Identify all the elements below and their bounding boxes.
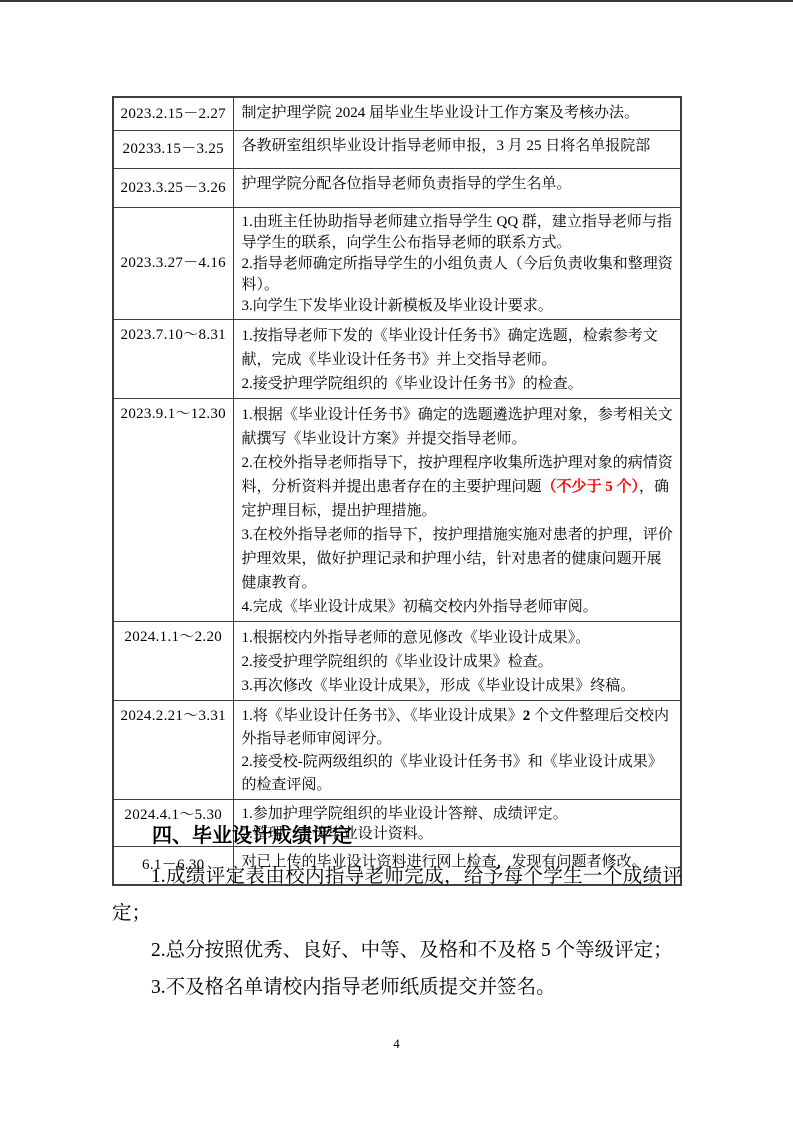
task-text: 1.按指导老师下发的《毕业设计任务书》确定选题，检索参考文献，完成《毕业设计任务… [242, 328, 658, 368]
task-text: 3.再次修改《毕业设计成果》，形成《毕业设计成果》终稿。 [242, 678, 636, 694]
task-text: 护理学院分配各位指导老师负责指导的学生名单。 [242, 176, 572, 192]
task-paragraph: 1.按指导老师下发的《毕业设计任务书》确定选题，检索参考文献，完成《毕业设计任务… [242, 324, 675, 372]
task-text: 2.接受护理学院组织的《毕业设计成果》检查。 [242, 654, 553, 670]
task-paragraph: 4.完成《毕业设计成果》初稿交校内外指导老师审阅。 [242, 595, 675, 619]
section-paragraph: 3.不及格名单请校内指导老师纸质提交并签名。 [112, 969, 682, 1006]
schedule-date-cell: 20233.15－3.25 [113, 130, 233, 168]
table-row: 20233.15－3.25各教研室组织毕业设计指导老师申报，3 月 25 日将名… [113, 130, 681, 168]
task-paragraph: 1.根据校内外指导老师的意见修改《毕业设计成果》。 [242, 626, 675, 650]
schedule-task-cell: 1.根据《毕业设计任务书》确定的选题遴选护理对象，参考相关文献撰写《毕业设计方案… [233, 398, 681, 621]
table-row: 2024.1.1～2.201.根据校内外指导老师的意见修改《毕业设计成果》。2.… [113, 621, 681, 700]
schedule-task-cell: 护理学院分配各位指导老师负责指导的学生名单。 [233, 168, 681, 207]
schedule-task-cell: 1.由班主任协助指导老师建立指导学生 QQ 群，建立指导老师与指导学生的联系，向… [233, 207, 681, 319]
task-paragraph: 2.接受护理学院组织的《毕业设计成果》检查。 [242, 650, 675, 674]
task-paragraph: 2.指导老师确定所指导学生的小组负责人（今后负责收集和整理资料）。 [242, 254, 675, 296]
task-paragraph: 护理学院分配各位指导老师负责指导的学生名单。 [242, 174, 675, 194]
page-number: 4 [0, 1036, 793, 1052]
task-paragraph: 各教研室组织毕业设计指导老师申报，3 月 25 日将名单报院部 [242, 136, 675, 156]
schedule-date-cell: 2023.2.15－2.27 [113, 97, 233, 130]
schedule-task-cell: 各教研室组织毕业设计指导老师申报，3 月 25 日将名单报院部 [233, 130, 681, 168]
table-row: 2024.2.21～3.311.将《毕业设计任务书》、《毕业设计成果》2 个文件… [113, 700, 681, 799]
task-paragraph: 制定护理学院 2024 届毕业生毕业设计工作方案及考核办法。 [242, 103, 675, 123]
schedule-table-body: 2023.2.15－2.27制定护理学院 2024 届毕业生毕业设计工作方案及考… [113, 97, 681, 885]
schedule-date-cell: 2023.3.25－3.26 [113, 168, 233, 207]
table-row: 2023.7.10～8.311.按指导老师下发的《毕业设计任务书》确定选题，检索… [113, 319, 681, 398]
task-paragraph: 3.在校外指导老师的指导下，按护理措施实施对患者的护理，评价护理效果，做好护理记… [242, 523, 675, 595]
schedule-task-cell: 制定护理学院 2024 届毕业生毕业设计工作方案及考核办法。 [233, 97, 681, 130]
highlight-red-text: （不少于 5 个） [542, 479, 640, 495]
table-row: 2023.3.25－3.26护理学院分配各位指导老师负责指导的学生名单。 [113, 168, 681, 207]
section-paragraph: 1.成绩评定表由校内指导老师完成，给予每个学生一个成绩评定； [112, 858, 682, 932]
grade-evaluation-section: 四、毕业设计成绩评定 1.成绩评定表由校内指导老师完成，给予每个学生一个成绩评定… [112, 820, 682, 1006]
task-text: 3.在校外指导老师的指导下，按护理措施实施对患者的护理，评价护理效果，做好护理记… [242, 527, 673, 591]
task-text: 1.根据《毕业设计任务书》确定的选题遴选护理对象，参考相关文献撰写《毕业设计方案… [242, 407, 673, 447]
schedule-date-cell: 2024.2.21～3.31 [113, 700, 233, 799]
task-text: 2.指导老师确定所指导学生的小组负责人（今后负责收集和整理资料）。 [242, 256, 673, 293]
schedule-date-cell: 2023.3.27－4.16 [113, 207, 233, 319]
section-heading: 四、毕业设计成绩评定 [112, 820, 682, 852]
task-text: 2.接受校-院两级组织的《毕业设计任务书》和《毕业设计成果》的检查评阅。 [242, 754, 663, 793]
task-paragraph: 3.向学生下发毕业设计新模板及毕业设计要求。 [242, 296, 675, 317]
schedule-task-cell: 1.根据校内外指导老师的意见修改《毕业设计成果》。2.接受护理学院组织的《毕业设… [233, 621, 681, 700]
task-text: 1.根据校内外指导老师的意见修改《毕业设计成果》。 [242, 630, 591, 646]
schedule-task-cell: 1.按指导老师下发的《毕业设计任务书》确定选题，检索参考文献，完成《毕业设计任务… [233, 319, 681, 398]
graduation-design-schedule-table: 2023.2.15－2.27制定护理学院 2024 届毕业生毕业设计工作方案及考… [112, 96, 682, 886]
schedule-date-cell: 2023.9.1～12.30 [113, 398, 233, 621]
task-text: 1.将《毕业设计任务书》、《毕业设计成果》 [242, 708, 523, 724]
task-paragraph: 2.在校外指导老师指导下，按护理程序收集所选护理对象的病情资料，分析资料并提出患… [242, 451, 675, 523]
task-text: 4.完成《毕业设计成果》初稿交校内外指导老师审阅。 [242, 599, 598, 615]
section-paragraph: 2.总分按照优秀、良好、中等、及格和不及格 5 个等级评定； [112, 932, 682, 969]
task-paragraph: 2.接受护理学院组织的《毕业设计任务书》的检查。 [242, 372, 675, 396]
task-text: 1.由班主任协助指导老师建立指导学生 QQ 群，建立指导老师与指导学生的联系，向… [242, 214, 672, 251]
table-row: 2023.9.1～12.301.根据《毕业设计任务书》确定的选题遴选护理对象，参… [113, 398, 681, 621]
task-paragraph: 1.将《毕业设计任务书》、《毕业设计成果》2 个文件整理后交校内外指导老师审阅评… [242, 705, 675, 751]
schedule-task-cell: 1.将《毕业设计任务书》、《毕业设计成果》2 个文件整理后交校内外指导老师审阅评… [233, 700, 681, 799]
page-top-edge [0, 0, 793, 2]
table-row: 2023.3.27－4.161.由班主任协助指导老师建立指导学生 QQ 群，建立… [113, 207, 681, 319]
task-paragraph: 2.接受校-院两级组织的《毕业设计任务书》和《毕业设计成果》的检查评阅。 [242, 751, 675, 797]
schedule-date-cell: 2023.7.10～8.31 [113, 319, 233, 398]
task-text: 各教研室组织毕业设计指导老师申报，3 月 25 日将名单报院部 [242, 138, 651, 154]
task-text: 2.接受护理学院组织的《毕业设计任务书》的检查。 [242, 376, 583, 392]
task-paragraph: 3.再次修改《毕业设计成果》，形成《毕业设计成果》终稿。 [242, 674, 675, 698]
task-paragraph: 1.根据《毕业设计任务书》确定的选题遴选护理对象，参考相关文献撰写《毕业设计方案… [242, 403, 675, 451]
task-text: 3.向学生下发毕业设计新模板及毕业设计要求。 [242, 298, 553, 314]
task-paragraph: 1.由班主任协助指导老师建立指导学生 QQ 群，建立指导老师与指导学生的联系，向… [242, 212, 675, 254]
table-row: 2023.2.15－2.27制定护理学院 2024 届毕业生毕业设计工作方案及考… [113, 97, 681, 130]
task-text: 制定护理学院 2024 届毕业生毕业设计工作方案及考核办法。 [242, 105, 640, 121]
schedule-date-cell: 2024.1.1～2.20 [113, 621, 233, 700]
